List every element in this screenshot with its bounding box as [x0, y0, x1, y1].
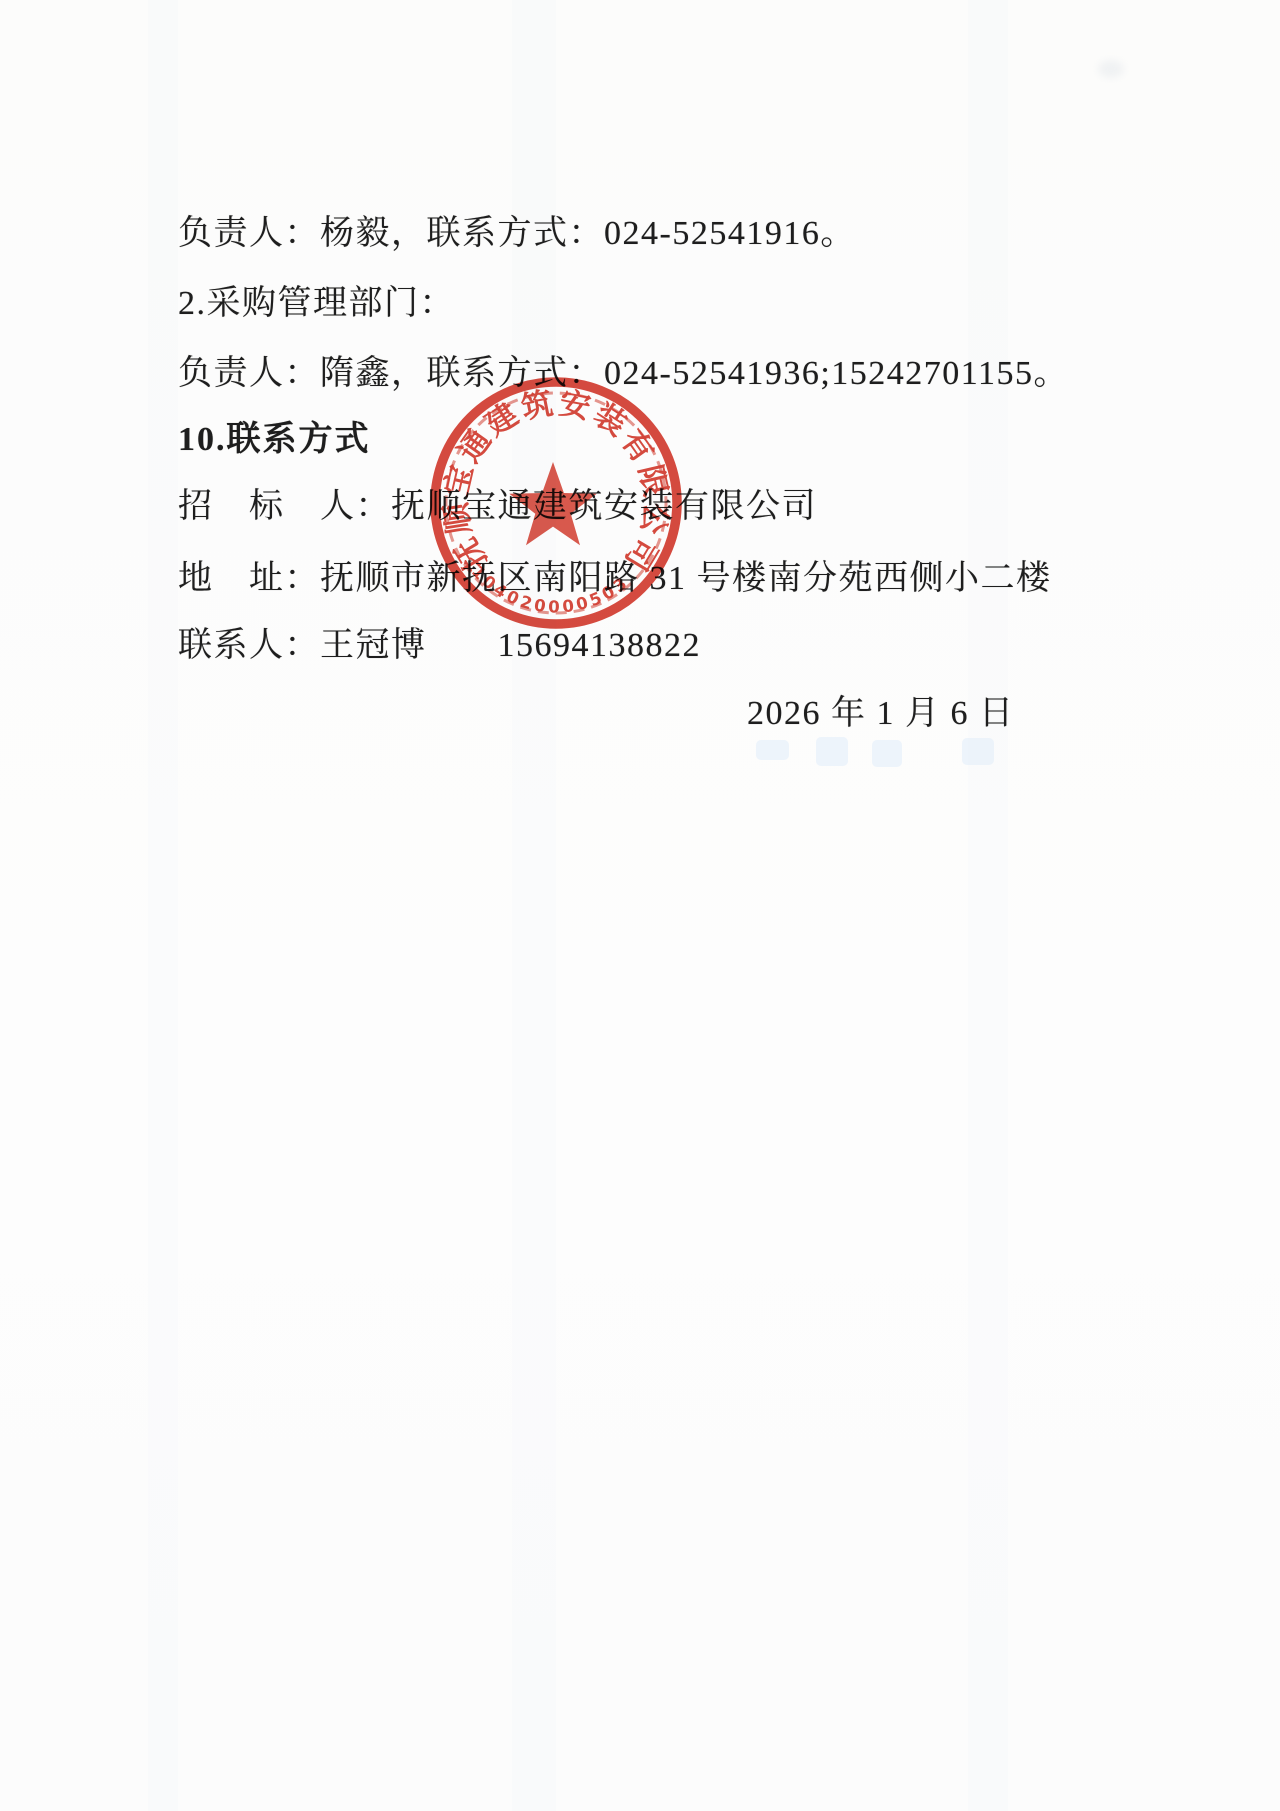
- scan-streak: [148, 0, 178, 1811]
- company-seal: 抚顺宝通建筑安装有限公司 104020000503: [405, 352, 707, 654]
- scan-smudge: [1098, 60, 1124, 78]
- scan-streak: [512, 0, 556, 1811]
- seal-company-name-char: 限: [631, 462, 673, 500]
- scan-artifact: [816, 737, 848, 766]
- seal-serial-digit: 0: [548, 597, 560, 616]
- seal-company-name-char: 筑: [518, 385, 555, 426]
- seal-company-name-char: 宝: [439, 462, 481, 500]
- seal-company-name-char: 安: [556, 385, 593, 426]
- text-line-contact-section-heading: 10.联系方式: [178, 420, 371, 460]
- scan-streak: [968, 0, 1008, 1811]
- text-line-responsible-person-1: 负责人：杨毅，联系方式：024-52541916。: [178, 214, 856, 254]
- company-seal-stamp: 抚顺宝通建筑安装有限公司 104020000503: [405, 352, 707, 654]
- scan-artifact: [872, 740, 902, 767]
- date-line: 2026 年 1 月 6 日: [747, 694, 1015, 734]
- scan-artifact: [756, 740, 789, 760]
- seal-company-name-char: 公: [634, 500, 674, 536]
- seal-star-icon: [509, 462, 596, 545]
- document-page: 负责人：杨毅，联系方式：024-52541916。 2.采购管理部门： 负责人：…: [0, 0, 1280, 1811]
- seal-serial-digit: 0: [561, 596, 575, 616]
- seal-company-name-char: 顺: [438, 499, 479, 536]
- scan-artifact: [962, 738, 994, 765]
- text-line-procurement-dept-heading: 2.采购管理部门：: [178, 284, 455, 324]
- seal-serial-digit: 2: [518, 592, 534, 614]
